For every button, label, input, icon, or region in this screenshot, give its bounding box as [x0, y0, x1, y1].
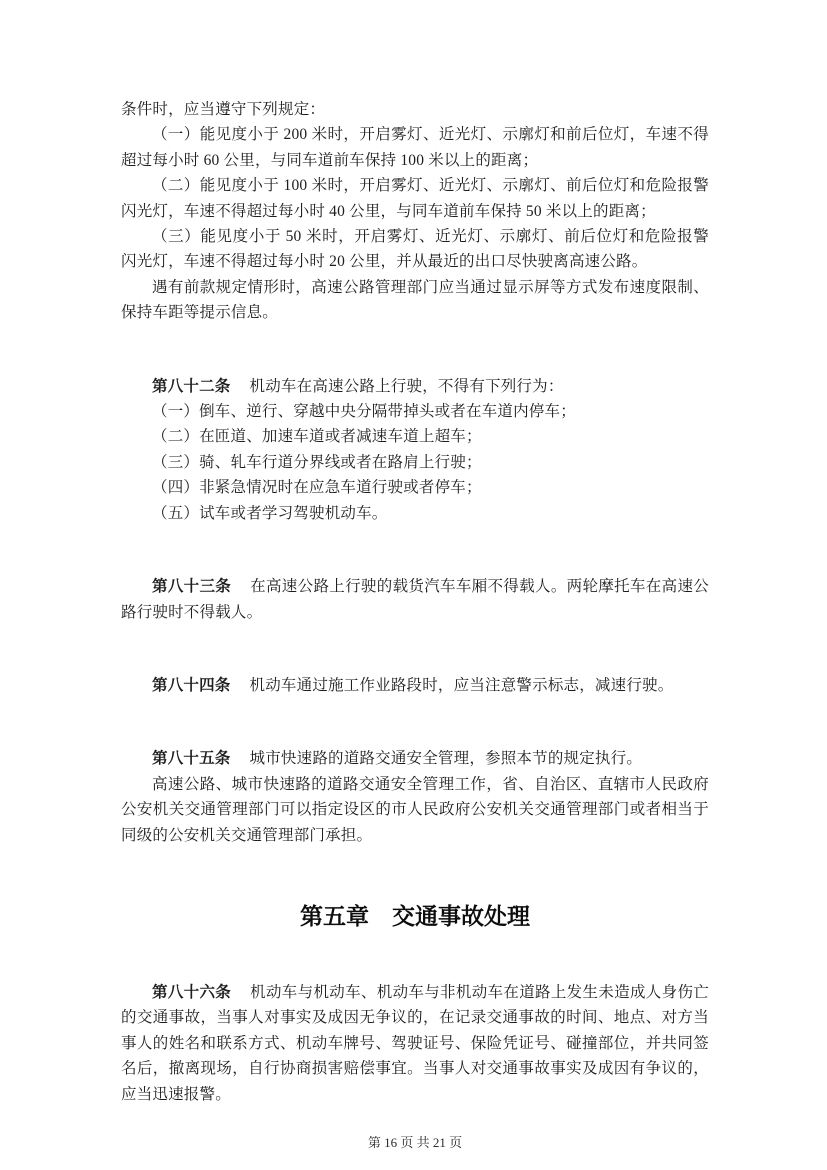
paragraph: （二）在匝道、加速车道或者减速车道上超车； — [121, 424, 709, 449]
paragraph: （四）非紧急情况时在应急车道行驶或者停车； — [121, 475, 709, 500]
chapter-heading: 第五章 交通事故处理 — [121, 900, 709, 932]
paragraph: 遇有前款规定情形时，高速公路管理部门应当通过显示屏等方式发布速度限制、保持车距等… — [121, 275, 709, 326]
page-footer: 第 16 页 共 21 页 — [121, 1134, 709, 1152]
paragraph: （一）能见度小于 200 米时，开启雾灯、近光灯、示廓灯和前后位灯，车速不得超过… — [121, 122, 709, 173]
paragraph: （一）倒车、逆行、穿越中央分隔带掉头或者在车道内停车； — [121, 399, 709, 424]
article-number: 第八十三条 — [152, 578, 250, 595]
article-text: 机动车通过施工作业路段时，应当注意警示标志，减速行驶。 — [250, 677, 674, 694]
article-paragraph: 第八十二条机动车在高速公路上行驶，不得有下列行为： — [121, 374, 709, 399]
article-text: 机动车与机动车、机动车与非机动车在道路上发生未造成人身伤亡的交通事故，当事人对事… — [121, 984, 709, 1103]
article-text: 城市快速路的道路交通安全管理，参照本节的规定执行。 — [250, 750, 643, 767]
paragraph: （五）试车或者学习驾驶机动车。 — [121, 501, 709, 526]
document-page: 条件时，应当遵守下列规定：（一）能见度小于 200 米时，开启雾灯、近光灯、示廓… — [0, 0, 827, 1170]
paragraph: 高速公路、城市快速路的道路交通安全管理工作，省、自治区、直辖市人民政府公安机关交… — [121, 772, 709, 848]
paragraph: （三）能见度小于 50 米时，开启雾灯、近光灯、示廓灯、前后位灯和危险报警闪光灯… — [121, 224, 709, 275]
article-number: 第八十六条 — [152, 984, 250, 1001]
article-text: 机动车在高速公路上行驶，不得有下列行为： — [250, 378, 564, 395]
paragraph: （三）骑、轧车行道分界线或者在路肩上行驶； — [121, 450, 709, 475]
document-body: 条件时，应当遵守下列规定：（一）能见度小于 200 米时，开启雾灯、近光灯、示廓… — [121, 97, 709, 1107]
article-paragraph: 第八十四条机动车通过施工作业路段时，应当注意警示标志，减速行驶。 — [121, 673, 709, 698]
article-number: 第八十五条 — [152, 750, 250, 767]
article-number: 第八十二条 — [152, 378, 250, 395]
article-paragraph: 第八十五条城市快速路的道路交通安全管理，参照本节的规定执行。 — [121, 746, 709, 771]
article-paragraph: 第八十六条机动车与机动车、机动车与非机动车在道路上发生未造成人身伤亡的交通事故，… — [121, 980, 709, 1107]
paragraph: 条件时，应当遵守下列规定： — [121, 97, 709, 122]
paragraph: （二）能见度小于 100 米时，开启雾灯、近光灯、示廓灯、前后位灯和危险报警闪光… — [121, 173, 709, 224]
article-paragraph: 第八十三条在高速公路上行驶的载货汽车车厢不得载人。两轮摩托车在高速公路行驶时不得… — [121, 574, 709, 625]
article-number: 第八十四条 — [152, 677, 250, 694]
